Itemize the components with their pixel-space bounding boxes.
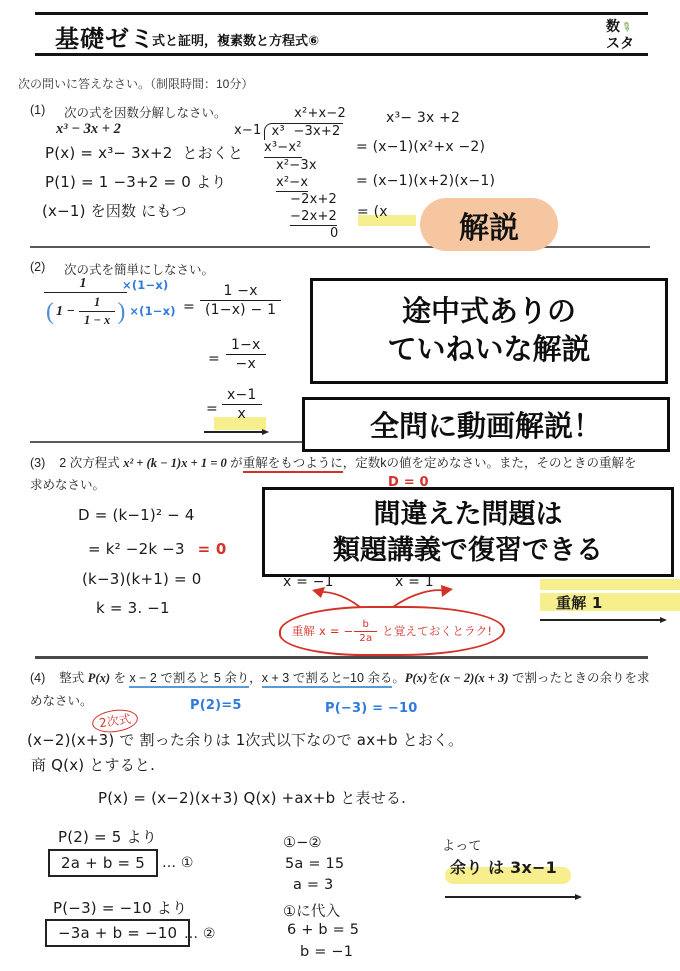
- p4-equation-tag: … ②: [184, 926, 216, 942]
- p2-number: (2): [30, 260, 45, 274]
- p3-work-line: = k² −2k −3 = 0: [88, 540, 226, 558]
- p1-hw-line: P(1) = 1 −3+2 = 0 より: [45, 171, 226, 192]
- p4-hw-line: P(x) = (x−2)(x+3) Q(x) +ax+b と表せる.: [98, 787, 406, 808]
- section-divider: [30, 246, 650, 248]
- division-dividend: x³ −3x+2: [264, 123, 343, 141]
- logo-text-top: 数: [606, 18, 620, 34]
- p1-result-line: = (x−1)(x²+x −2): [356, 139, 485, 155]
- p2-step-fraction: 1 −x(1−x) − 1: [200, 283, 281, 318]
- p4-hw-line: 商 Q(x) とすると.: [31, 754, 155, 775]
- p2-lhs-paren: (: [46, 300, 54, 324]
- division-step: 0: [330, 226, 338, 243]
- p2-step-fraction: 1−x−x: [226, 337, 266, 372]
- red-arrows: [298, 582, 468, 608]
- kaisetsu-badge-label: 解説: [459, 203, 519, 247]
- p1-prompt: 次の式を因数分解しなさい。: [64, 103, 227, 121]
- p3-red-underlined-text: 重解をもつように: [243, 456, 343, 473]
- p4-hw-line: (x−2)(x+3) で 割った余りは 1次式以下なので ax+b とおく。: [27, 729, 463, 750]
- p4-boxed-equation: −3a + b = −10: [45, 919, 190, 947]
- callout-video-explanations: 全問に動画解説！: [302, 397, 670, 452]
- p1-hw-line: (x−1) を因数 にもつ: [42, 200, 187, 221]
- p2-equals: =: [206, 401, 218, 417]
- p4-blue-note: P(−3) = −10: [325, 701, 417, 716]
- header-rule-top: [35, 12, 648, 15]
- p2-lhs-nested-fraction: 1 1 − x: [79, 295, 115, 328]
- p4-blue-underlined-text: x − 2 で割ると 5 余り: [129, 671, 249, 688]
- p2-lhs-expression: 1 ×(1−x) ( 1 − 1 1 − x ) ×(1−x): [44, 276, 176, 330]
- p4-answer: 余り は 3x−1: [450, 855, 557, 878]
- header-rule-bottom: [35, 53, 648, 56]
- kaisetsu-badge: 解説: [420, 198, 558, 251]
- p3-work-line: k = 3. −1: [96, 599, 170, 617]
- p3-work-line: (k−3)(k+1) = 0: [82, 570, 201, 588]
- p4-left-line: P(2) = 5 より: [58, 826, 157, 847]
- p4-equation-tag: … ①: [162, 855, 194, 871]
- p1-result-line: = (x: [357, 204, 388, 220]
- p4-blue-underlined-text: x + 3 で割ると−10 余る: [262, 671, 393, 688]
- logo-text-bottom: スタ: [606, 35, 634, 51]
- p1-expression: x³ − 3x + 2: [56, 121, 121, 138]
- p4-mid-line: 6 + b = 5: [287, 922, 359, 938]
- p4-boxed-equation: 2a + b = 5: [48, 849, 158, 877]
- p4-mid-line: ①−②: [283, 835, 322, 851]
- p1-number: (1): [30, 103, 45, 117]
- p2-blue-annotation: ×(1−x): [129, 304, 175, 318]
- section-divider: [35, 656, 648, 659]
- p3-answer: 重解 1: [556, 592, 602, 613]
- instruction: 次の問いに答えなさい。（制限時間：10分）: [18, 75, 253, 92]
- p4-left-line: P(−3) = −10 より: [53, 897, 187, 918]
- worksheet-page: 基礎ゼミ 式と証明，複素数と方程式⑥ 数✎ スタ 次の問いに答えなさい。（制限時…: [0, 0, 680, 971]
- p2-equals: =: [208, 351, 220, 367]
- p3-tip-fraction: b 2a: [354, 619, 377, 644]
- p4-mid-line: a = 3: [293, 877, 333, 893]
- p2-answer-underline: [204, 429, 262, 433]
- division-step: −2x+2: [290, 192, 337, 209]
- p2-lhs-paren: ): [117, 300, 125, 324]
- p2-lhs-numerator: 1: [44, 276, 122, 292]
- section-divider: [30, 441, 302, 443]
- p3-tip-cloud: 重解 x = − b 2a と覚えておくとラク!: [279, 606, 505, 656]
- p3-answer-highlight-top: [540, 579, 680, 590]
- p3-number: (3): [30, 456, 45, 470]
- p1-long-division: x²+x−2 x−1 x³ −3x+2 x³−x² x²−3x x²−x −2x…: [234, 106, 356, 243]
- p2-answer-fraction: x−1x: [222, 387, 262, 422]
- p1-hw-line: P(x) = x³− 3x+2 とおくと: [45, 142, 243, 163]
- p4-number: (4): [30, 671, 45, 685]
- p3-work-line: D = (k−1)² − 4: [78, 506, 195, 524]
- division-step: x³−x²: [264, 140, 302, 158]
- callout-detailed-steps: 途中式ありの ていねいな解説: [310, 278, 668, 384]
- p4-conclusion-label: よって: [442, 835, 482, 854]
- p2-equals: =: [183, 299, 195, 315]
- worksheet-subtitle: 式と証明，複素数と方程式⑥: [152, 30, 319, 49]
- p4-mid-line: 5a = 15: [285, 856, 344, 872]
- p3-work-red: = 0: [198, 540, 227, 558]
- worksheet-title: 基礎ゼミ: [55, 19, 155, 54]
- division-quotient: x²+x−2: [234, 106, 356, 123]
- p3-answer-underline: [540, 617, 660, 621]
- division-step: x²−x: [276, 175, 308, 193]
- p1-result-line: = (x−1)(x+2)(x−1): [356, 173, 495, 189]
- p4-mid-line: b = −1: [300, 944, 353, 960]
- callout-review-similar-problems: 間違えた問題は 類題講義で復習できる: [262, 487, 674, 577]
- p4-blue-note: P(2)=5: [190, 698, 242, 713]
- division-step: x²−3x: [276, 158, 317, 175]
- p4-mid-line: ①に代入: [283, 900, 340, 921]
- p2-blue-annotation: ×(1−x): [122, 278, 168, 292]
- division-step: −2x+2: [290, 209, 337, 227]
- logo: 数✎ スタ: [606, 18, 634, 51]
- p2-lhs-den-pre: 1 −: [56, 304, 75, 320]
- p1-result-line: x³− 3x +2: [386, 110, 460, 126]
- division-divisor: x−1: [234, 123, 261, 140]
- p4-answer-underline: [445, 894, 575, 898]
